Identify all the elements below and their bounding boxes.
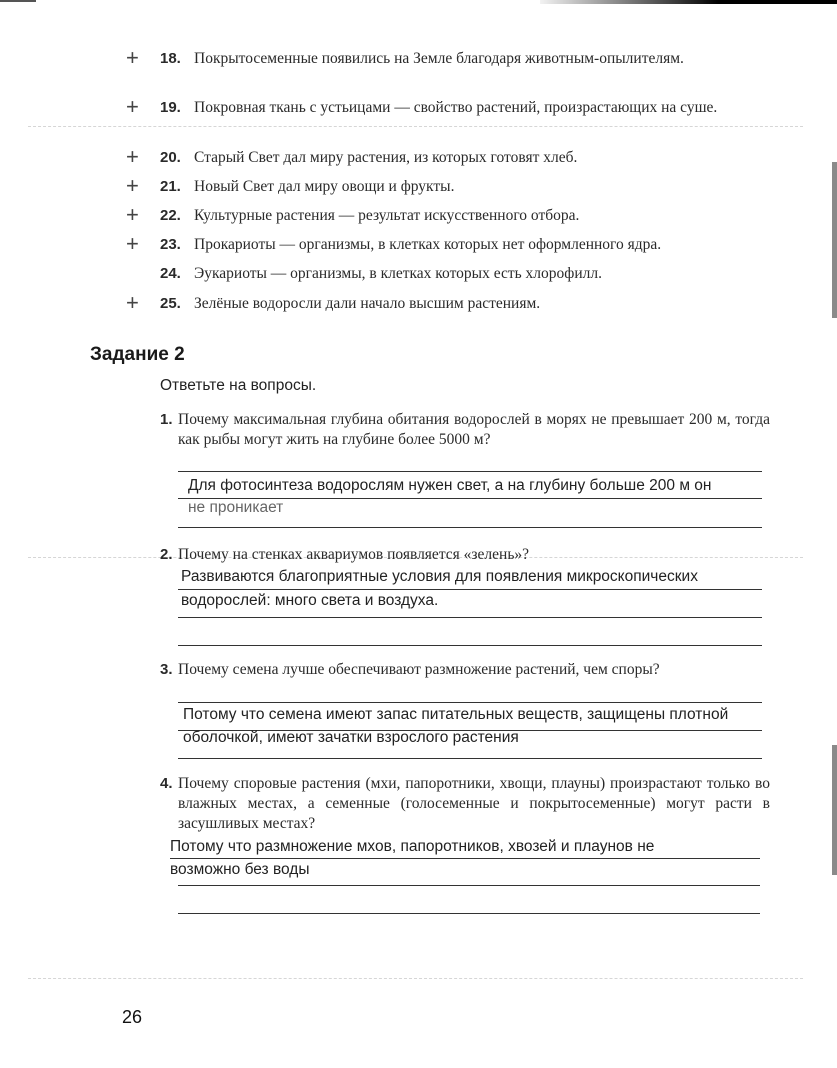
statement-24: 24. Эукариоты — организмы, в клетках кот…	[160, 264, 770, 284]
answer-2-line-1[interactable]: Развиваются благоприятные условия для по…	[181, 568, 698, 586]
answer-4-line-2[interactable]: возможно без воды	[170, 861, 310, 879]
plus-mark-icon: +	[126, 205, 139, 225]
question-2: 2. Почему на стенках аквариумов появляет…	[160, 545, 770, 565]
question-3: 3. Почему семена лучше обеспечивают разм…	[160, 660, 770, 680]
answer-4-line-1[interactable]: Потому что размножение мхов, папоротнико…	[170, 838, 654, 856]
statement-18: + 18. Покрытосеменные появились на Земле…	[160, 49, 770, 69]
page-edge-bar	[832, 162, 837, 318]
answer-line	[170, 858, 760, 859]
answer-line	[178, 589, 762, 590]
plus-mark-icon: +	[126, 97, 139, 117]
plus-mark-icon: +	[126, 147, 139, 167]
scan-edge-shadow	[540, 0, 837, 4]
plus-mark-icon: +	[126, 234, 139, 254]
answer-2-line-2[interactable]: водорослей: много света и воздуха.	[181, 592, 438, 610]
answer-1-line-2[interactable]: не проникает	[188, 499, 283, 517]
answer-line	[178, 758, 762, 759]
statement-19: + 19. Покровная ткань с устьицами — свой…	[160, 98, 770, 118]
task-heading: Задание 2	[90, 344, 185, 366]
page-number: 26	[122, 1007, 142, 1028]
answer-3-line-1[interactable]: Потому что семена имеют запас питательны…	[183, 706, 728, 724]
answer-3-line-2[interactable]: оболочкой, имеют зачатки взрослого расте…	[183, 729, 519, 747]
task-instruction: Ответьте на вопросы.	[160, 377, 316, 395]
statement-23: + 23. Прокариоты — организмы, в клетках …	[160, 235, 770, 255]
plus-mark-icon: +	[126, 48, 139, 68]
answer-line	[178, 527, 762, 528]
watermark-bleed	[28, 940, 803, 979]
answer-line	[178, 885, 760, 886]
plus-mark-icon: +	[126, 293, 139, 313]
plus-mark-icon: +	[126, 176, 139, 196]
page-edge-bar	[832, 745, 837, 875]
answer-line	[178, 913, 760, 914]
scan-edge-mark	[0, 0, 36, 2]
question-1: 1. Почему максимальная глубина обитания …	[160, 410, 770, 450]
answer-line	[178, 617, 762, 618]
answer-line	[178, 471, 762, 472]
answer-line	[178, 702, 762, 703]
statement-22: + 22. Культурные растения — результат ис…	[160, 206, 770, 226]
statement-25: + 25. Зелёные водоросли дали начало высш…	[160, 294, 770, 314]
answer-1-line-1[interactable]: Для фотосинтеза водорослям нужен свет, а…	[188, 477, 711, 495]
answer-line	[178, 645, 762, 646]
statement-21: + 21. Новый Свет дал миру овощи и фрукты…	[160, 177, 770, 197]
question-4: 4. Почему споровые растения (мхи, папоро…	[160, 774, 770, 834]
statement-20: + 20. Старый Свет дал миру растения, из …	[160, 148, 770, 168]
